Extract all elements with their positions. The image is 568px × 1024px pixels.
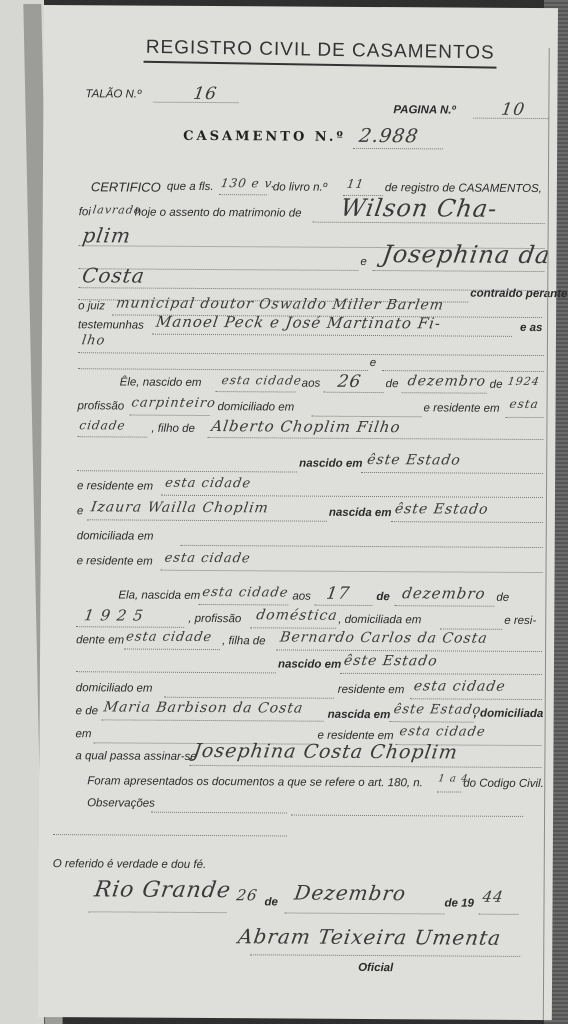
oficial-label: Oficial [358, 962, 393, 974]
casamento-number: 2.988 [358, 125, 421, 147]
groom-profession: carpinteiro [130, 396, 216, 412]
bride-father: Bernardo Carlos da Costa [279, 629, 489, 646]
pagina-label: PAGINA N.º [393, 104, 455, 116]
official-signature: Abram Teixeira Umenta [237, 924, 503, 950]
bride-profession: doméstica [255, 607, 339, 623]
livro-value: 11 [346, 177, 365, 191]
casamento-label: CASAMENTO N.º [183, 129, 346, 145]
witnesses: Manoel Peck e José Martinato Fi- [155, 313, 443, 333]
fls-value: 130 e v. [220, 176, 277, 190]
bride-mother: Maria Barbison da Costa [103, 699, 305, 716]
groom-name: Wilson Cha- [339, 194, 500, 223]
groom-father: Alberto Choplim Filho [210, 417, 402, 436]
judge-name: municipal doutor Oswaldo Miller Barlem [115, 295, 445, 313]
groom-birth-line: Êle, nascido em esta cidade aos 26 de de… [42, 373, 556, 398]
certificate-page: REGISTRO CIVIL DE CASAMENTOS TALÃO N.º 1… [38, 5, 558, 1020]
pagina-line: PAGINA N.º 10 [43, 99, 557, 124]
place-date-line: Rio Grande 26 de Dezembro de 19 44 [38, 889, 552, 914]
bride-married-name: Josephina Costa Choplim [192, 740, 460, 764]
document-title: REGISTRO CIVIL DE CASAMENTOS [144, 37, 497, 69]
place: Rio Grande [93, 877, 233, 903]
bride-name: Josephina da [380, 240, 552, 269]
groom-mother: Izaura Wailla Choplim [90, 499, 270, 516]
pagina-value: 10 [500, 100, 527, 120]
